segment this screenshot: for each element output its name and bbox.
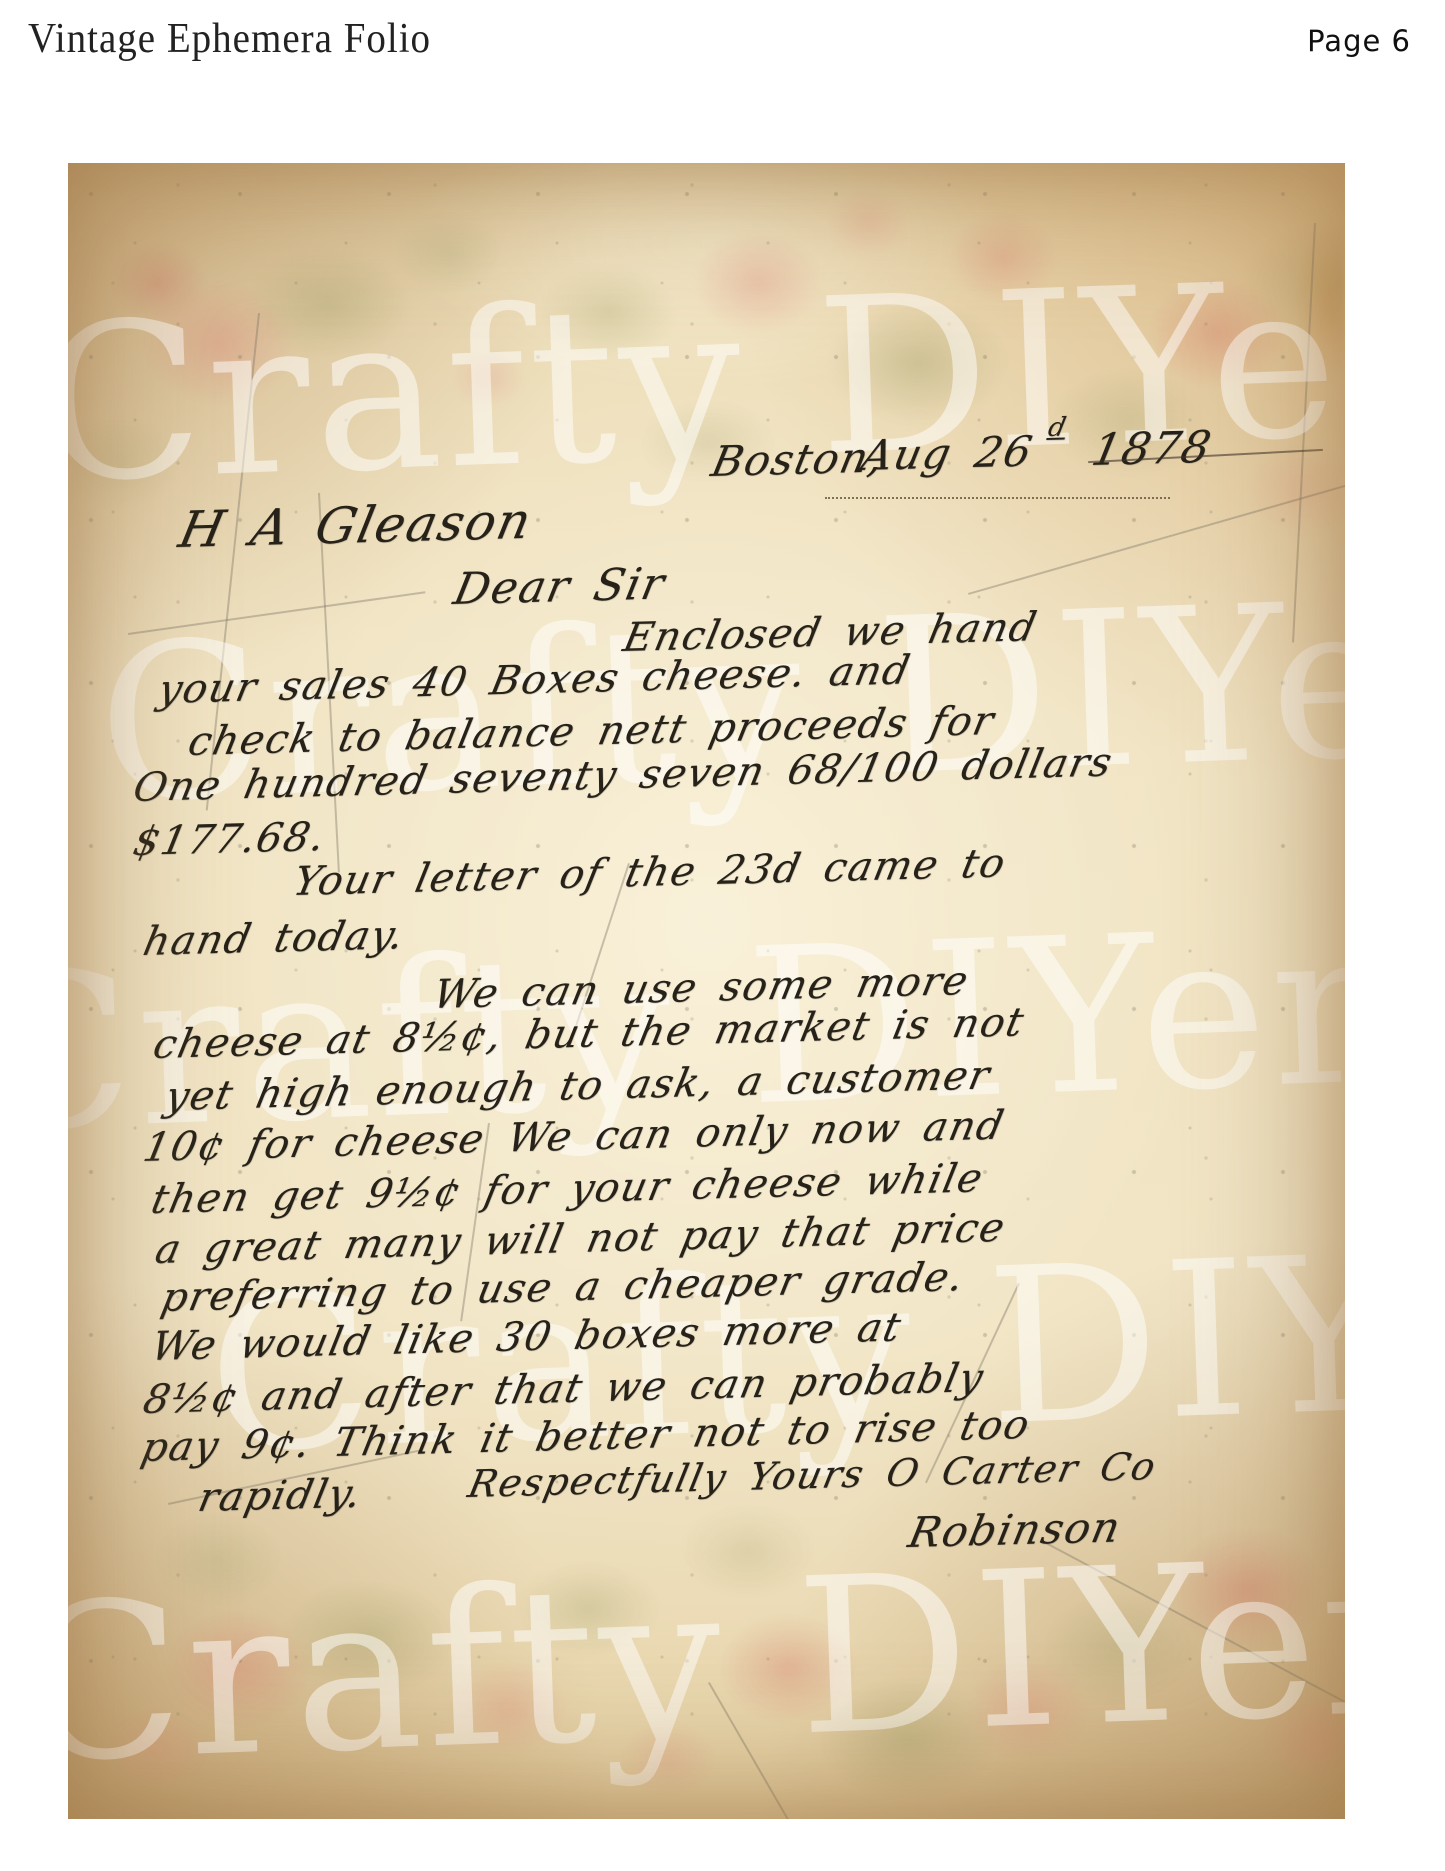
letter-signature: Robinson [905,1507,1125,1554]
letter-body-line: your sales 40 Boxes cheese. and [155,650,914,710]
folio-page: Vintage Ephemera Folio Page 6 Crafty DIY… [0,0,1445,1871]
folio-title: Vintage Ephemera Folio [28,14,431,63]
letter-body-line: hand today. [140,915,408,962]
letter-body-line: Your letter of the 23d came to [290,843,1010,902]
letter-body-line: $177.68. [130,817,329,862]
vintage-letter-scan: Crafty DIYer Crafty DIYer Crafty DIYer C… [68,163,1345,1819]
letter-body-line: rapidly. [195,1474,366,1518]
page-number-label: Page 6 [1307,24,1411,58]
letter-date: Aug 26 [858,431,1037,477]
dateline-dotted-rule [825,497,1170,499]
letter-year: 1878 [1088,426,1216,473]
letter-recipient: H A Gleason [175,496,537,555]
letter-salutation: Dear Sir [450,563,669,612]
